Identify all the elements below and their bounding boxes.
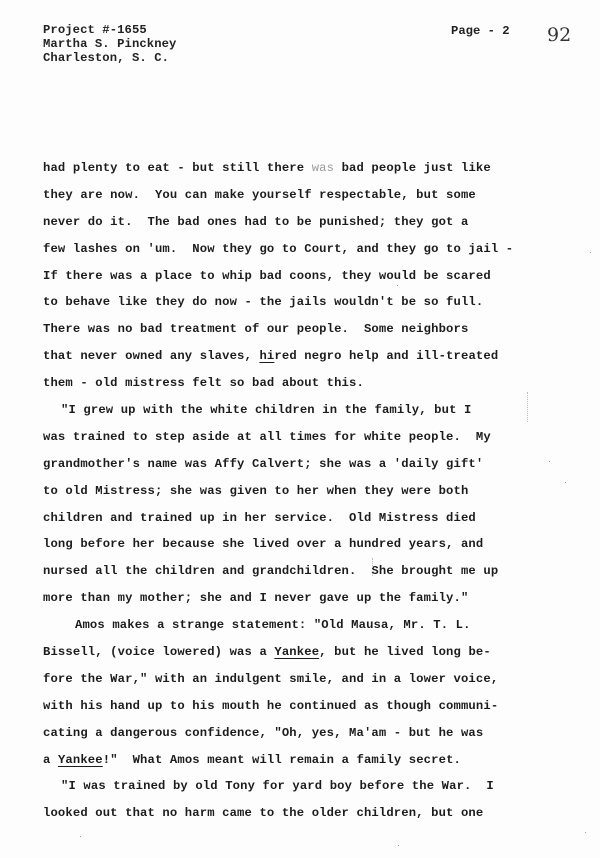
text-line: to behave like they do now - the jails w… — [43, 289, 583, 316]
text-line: "I grew up with the white children in th… — [43, 397, 583, 424]
text-segment: !" What Amos meant will remain a family … — [103, 753, 461, 767]
text-segment: Bissell, (voice lowered) was a — [43, 645, 274, 659]
author-name: Martha S. Pinckney — [43, 37, 176, 51]
text-line: fore the War," with an indulgent smile, … — [43, 666, 583, 693]
scan-speck — [549, 461, 550, 462]
text-segment: bad people just like — [334, 161, 491, 175]
scan-mark — [527, 392, 529, 422]
text-segment: had plenty to eat - but still there — [43, 161, 312, 175]
scan-speck — [397, 285, 398, 286]
text-line: never do it. The bad ones had to be puni… — [43, 209, 583, 236]
scan-speck — [398, 845, 399, 846]
project-number: Project #-1655 — [43, 23, 176, 37]
text-line: few lashes on 'um. Now they go to Court,… — [43, 236, 583, 263]
text-line: "I was trained by old Tony for yard boy … — [43, 773, 583, 800]
underlined-text: hi — [259, 349, 274, 363]
text-line: a Yankee!" What Amos meant will remain a… — [43, 747, 583, 774]
document-header: Project #-1655 Martha S. Pinckney Charle… — [43, 23, 176, 65]
text-line: grandmother's name was Affy Calvert; she… — [43, 451, 583, 478]
text-line: long before her because she lived over a… — [43, 531, 583, 558]
text-line: Amos makes a strange statement: "Old Mau… — [43, 612, 583, 639]
text-segment: that never owned any slaves, — [43, 349, 259, 363]
text-line: they are now. You can make yourself resp… — [43, 182, 583, 209]
text-line: had plenty to eat - but still there was … — [43, 155, 583, 182]
document-body: had plenty to eat - but still there was … — [43, 155, 583, 827]
underlined-text: Yankee — [58, 753, 103, 767]
text-line: children and trained up in her service. … — [43, 505, 583, 532]
text-line: more than my mother; she and I never gav… — [43, 585, 583, 612]
faint-text: was — [312, 161, 334, 175]
scan-speck — [590, 252, 591, 253]
scan-speck — [565, 482, 566, 483]
text-line: Bissell, (voice lowered) was a Yankee, b… — [43, 639, 583, 666]
page-label: Page - 2 — [451, 24, 510, 38]
text-line: nursed all the children and grandchildre… — [43, 558, 583, 585]
text-line: them - old mistress felt so bad about th… — [43, 370, 583, 397]
document-page: Project #-1655 Martha S. Pinckney Charle… — [0, 0, 600, 858]
folio-number: 92 — [547, 24, 571, 46]
text-line: There was no bad treatment of our people… — [43, 316, 583, 343]
underlined-text: Yankee — [274, 645, 319, 659]
text-segment: , but he lived long be- — [319, 645, 491, 659]
scan-speck — [80, 836, 81, 837]
text-line: looked out that no harm came to the olde… — [43, 800, 583, 827]
text-segment: red negro help and ill-treated — [274, 349, 498, 363]
text-line: to old Mistress; she was given to her wh… — [43, 478, 583, 505]
scan-mark — [372, 558, 374, 576]
text-line: with his hand up to his mouth he continu… — [43, 693, 583, 720]
location: Charleston, S. C. — [43, 51, 176, 65]
scan-speck — [585, 832, 586, 833]
text-segment: a — [43, 753, 58, 767]
text-line: that never owned any slaves, hired negro… — [43, 343, 583, 370]
text-line: was trained to step aside at all times f… — [43, 424, 583, 451]
text-line: cating a dangerous confidence, "Oh, yes,… — [43, 720, 583, 747]
text-line: If there was a place to whip bad coons, … — [43, 263, 583, 290]
